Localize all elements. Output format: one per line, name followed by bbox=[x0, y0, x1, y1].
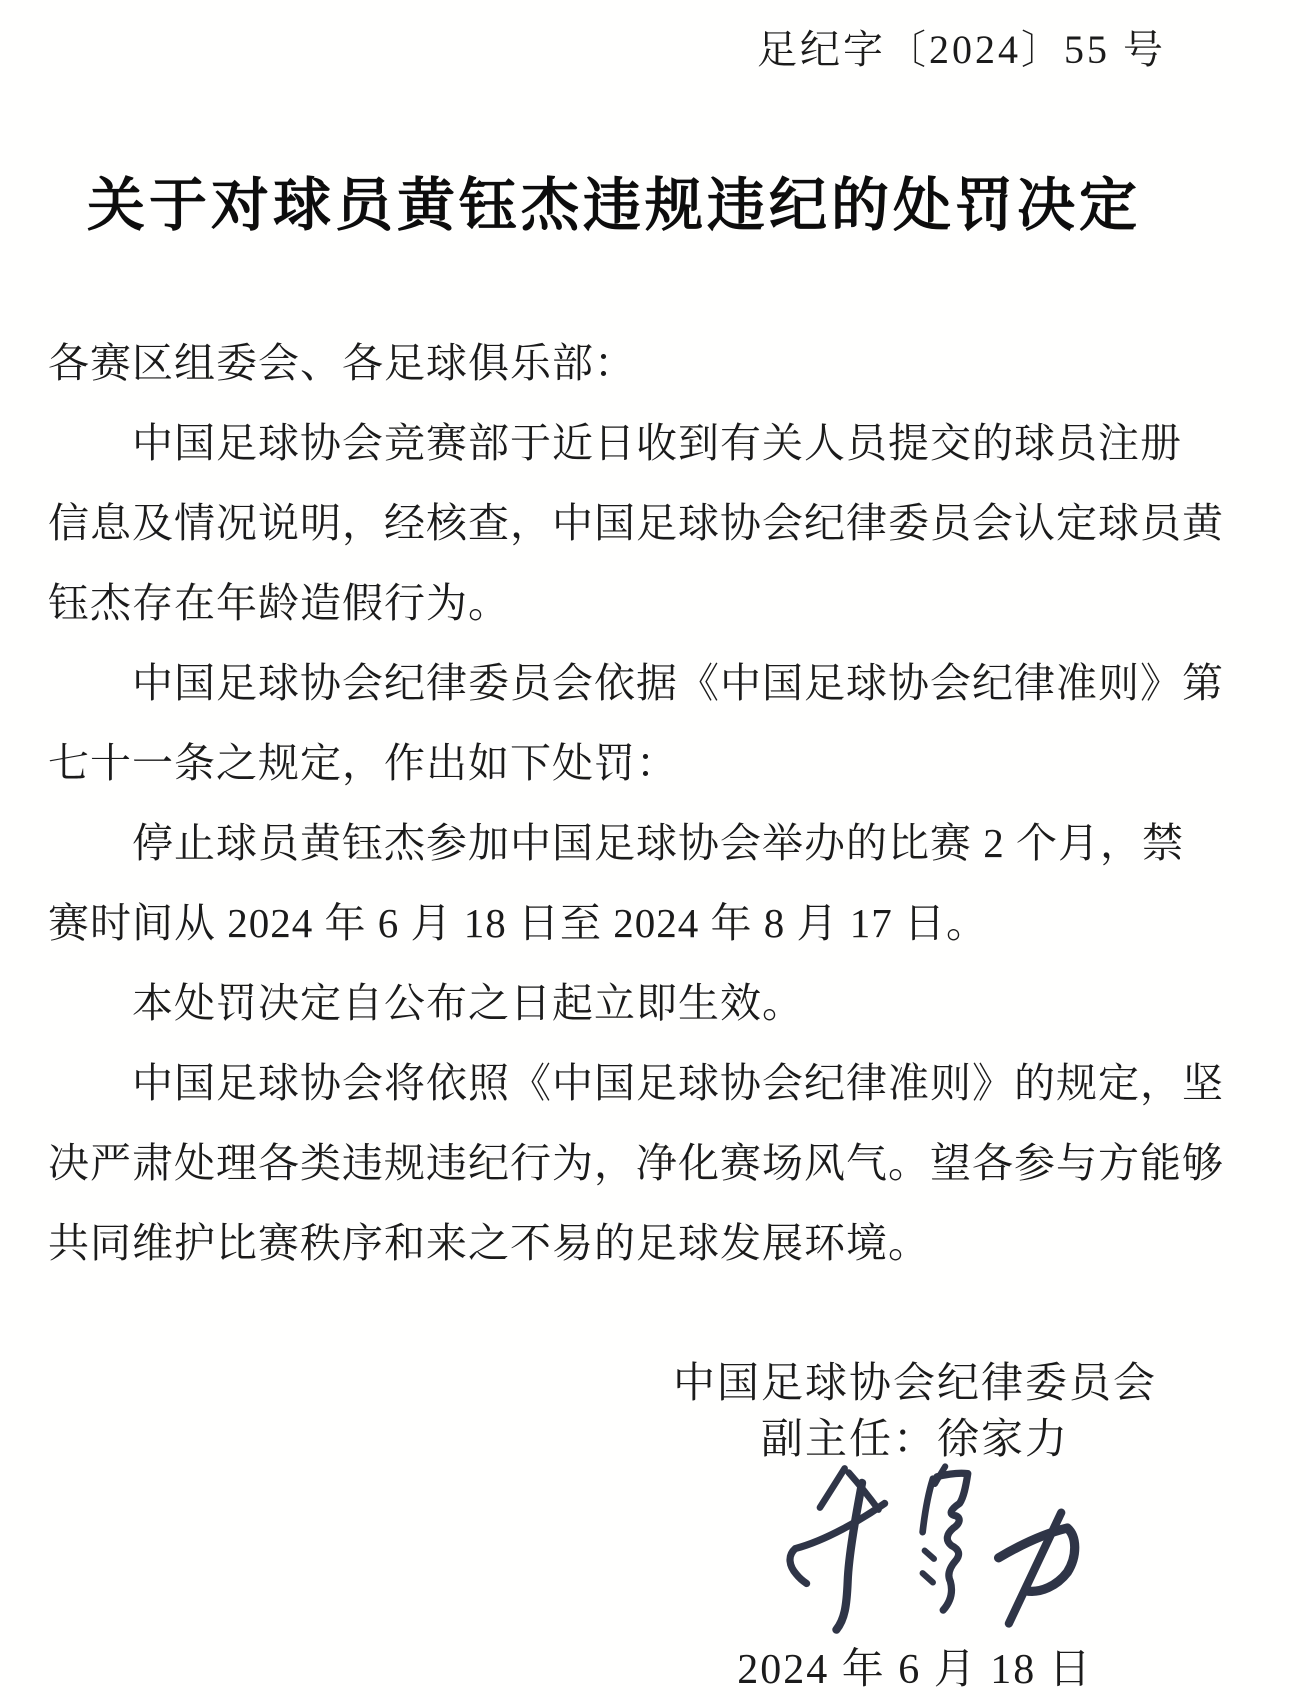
signature-date: 2024 年 6 月 18 日 bbox=[650, 1636, 1180, 1696]
body-line: 信息及情况说明，经核查，中国足球协会纪律委员会认定球员黄 bbox=[48, 483, 1160, 563]
signature-stroke bbox=[1009, 1513, 1061, 1624]
body-line: 中国足球协会纪律委员会依据《中国足球协会纪律准则》第 bbox=[48, 643, 1160, 723]
body-line: 钰杰存在年龄造假行为。 bbox=[48, 563, 1160, 643]
body-line: 赛时间从 2024 年 6 月 18 日至 2024 年 8 月 17 日。 bbox=[48, 883, 1160, 963]
body-line: 中国足球协会将依照《中国足球协会纪律准则》的规定，坚 bbox=[48, 1043, 1160, 1123]
signature-stroke bbox=[937, 1473, 968, 1610]
doc-number: 足纪字〔2024〕55 号 bbox=[757, 18, 1166, 75]
body-line: 本处罚决定自公布之日起立即生效。 bbox=[48, 963, 1160, 1043]
signature-stroke bbox=[923, 1573, 933, 1582]
body-line: 决严肃处理各类违规违纪行为，净化赛场风气。望各参与方能够 bbox=[48, 1123, 1160, 1203]
document-body: 各赛区组委会、各足球俱乐部：中国足球协会竞赛部于近日收到有关人员提交的球员注册信… bbox=[48, 323, 1160, 1283]
signature-stroke bbox=[820, 1468, 845, 1507]
body-line: 各赛区组委会、各足球俱乐部： bbox=[48, 323, 1160, 403]
signature-stroke bbox=[790, 1503, 885, 1583]
document-title: 关于对球员黄钰杰违规违纪的处罚决定 bbox=[48, 158, 1180, 242]
document-page: 足纪字〔2024〕55 号 关于对球员黄钰杰违规违纪的处罚决定 各赛区组委会、各… bbox=[0, 0, 1306, 1697]
handwritten-signature bbox=[783, 1456, 1091, 1636]
body-line: 共同维护比赛秩序和来之不易的足球发展环境。 bbox=[48, 1203, 1160, 1283]
body-line: 中国足球协会竞赛部于近日收到有关人员提交的球员注册 bbox=[48, 403, 1160, 483]
signature-org: 中国足球协会纪律委员会 bbox=[650, 1350, 1180, 1410]
body-line: 七十一条之规定，作出如下处罚： bbox=[48, 723, 1160, 803]
signature-stroke bbox=[923, 1479, 933, 1532]
signature-stroke bbox=[836, 1483, 862, 1630]
body-line: 停止球员黄钰杰参加中国足球协会举办的比赛 2 个月，禁 bbox=[48, 803, 1160, 883]
signature-stroke bbox=[925, 1551, 934, 1559]
